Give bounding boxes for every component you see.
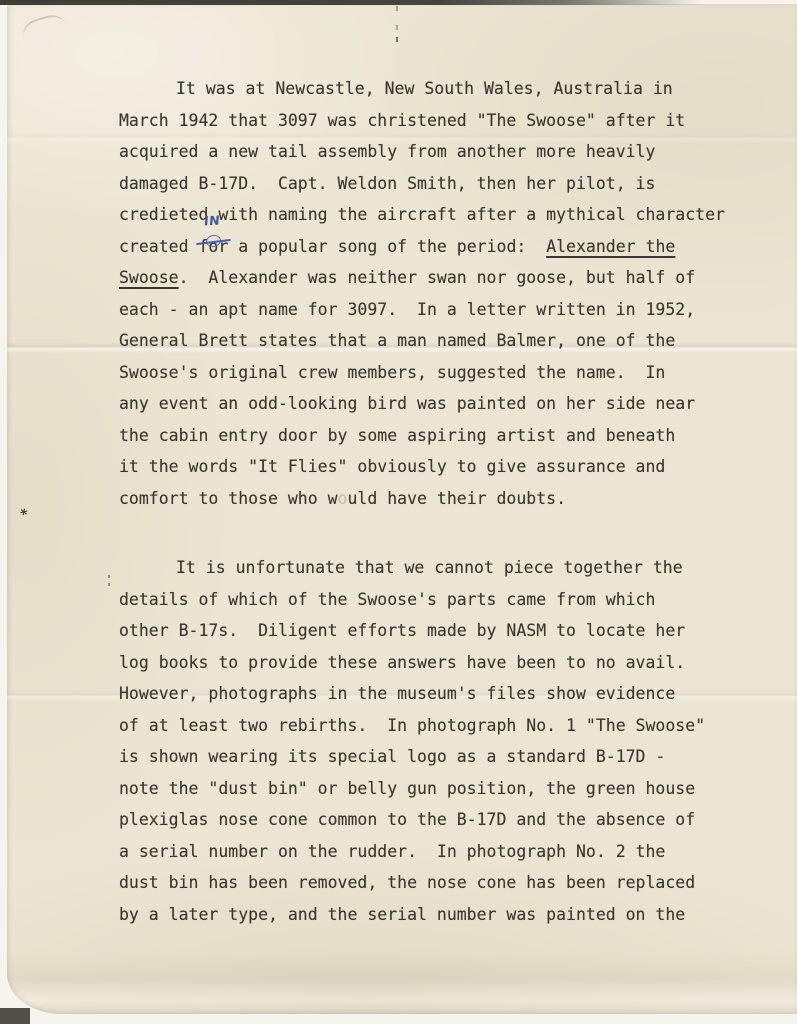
text-line: plexiglas nose cone common to the B-17D … (119, 804, 725, 836)
scanner-top-edge (0, 0, 797, 5)
page-curl-mark (20, 11, 70, 50)
text-line: General Brett states that a man named Ba… (119, 325, 725, 357)
struck-word: forIN (198, 231, 228, 263)
fold-dots-mark (396, 6, 398, 11)
underlined-text: Alexander the (546, 237, 675, 256)
text-line: details of which of the Swoose's parts c… (119, 584, 725, 616)
stray-ink-mark (108, 575, 110, 578)
fold-crease (7, 950, 797, 1014)
paragraph-1: It was at Newcastle, New South Wales, Au… (119, 73, 725, 514)
text-line: Swoose's original crew members, suggeste… (119, 357, 725, 389)
text-line: a serial number on the rudder. In photog… (119, 836, 725, 868)
text-line: it the words "It Flies" obviously to giv… (119, 451, 725, 483)
faint-text: o (338, 489, 348, 508)
text-line: Swoose. Alexander was neither swan nor g… (119, 262, 725, 294)
text-line: any event an odd-looking bird was painte… (119, 388, 725, 420)
text-line: March 1942 that 3097 was christened "The… (119, 105, 725, 137)
text-line: damaged B-17D. Capt. Weldon Smith, then … (119, 168, 725, 200)
text-line: It was at Newcastle, New South Wales, Au… (119, 73, 725, 105)
text-line: each - an apt name for 3097. In a letter… (119, 294, 725, 326)
underlined-text: Swoose (119, 268, 179, 287)
ink-speck-mark: * (17, 506, 29, 523)
text-line: comfort to those who would have their do… (119, 483, 725, 515)
text-line: note the "dust bin" or belly gun positio… (119, 773, 725, 805)
text-line: acquired a new tail assembly from anothe… (119, 136, 725, 168)
text-line: However, photographs in the museum's fil… (119, 678, 725, 710)
text-line: of at least two rebirths. In photograph … (119, 710, 725, 742)
handwritten-insertion: IN (204, 214, 221, 227)
document-text: It was at Newcastle, New South Wales, Au… (119, 73, 725, 930)
scanned-page: * It was at Newcastle, New South Wales, … (0, 0, 797, 1024)
text-line: dust bin has been removed, the nose cone… (119, 867, 725, 899)
text-line: It is unfortunate that we cannot piece t… (119, 552, 725, 584)
paper-sheet: * It was at Newcastle, New South Wales, … (7, 4, 797, 1014)
text-line: log books to provide these answers have … (119, 647, 725, 679)
text-line: the cabin entry door by some aspiring ar… (119, 420, 725, 452)
text-line: created forIN a popular song of the peri… (119, 231, 725, 263)
text-line: by a later type, and the serial number w… (119, 899, 725, 931)
text-line: is shown wearing its special logo as a s… (119, 741, 725, 773)
paragraph-2: It is unfortunate that we cannot piece t… (119, 552, 725, 930)
scanner-background-corner (0, 1008, 30, 1024)
text-line: other B-17s. Diligent efforts made by NA… (119, 615, 725, 647)
